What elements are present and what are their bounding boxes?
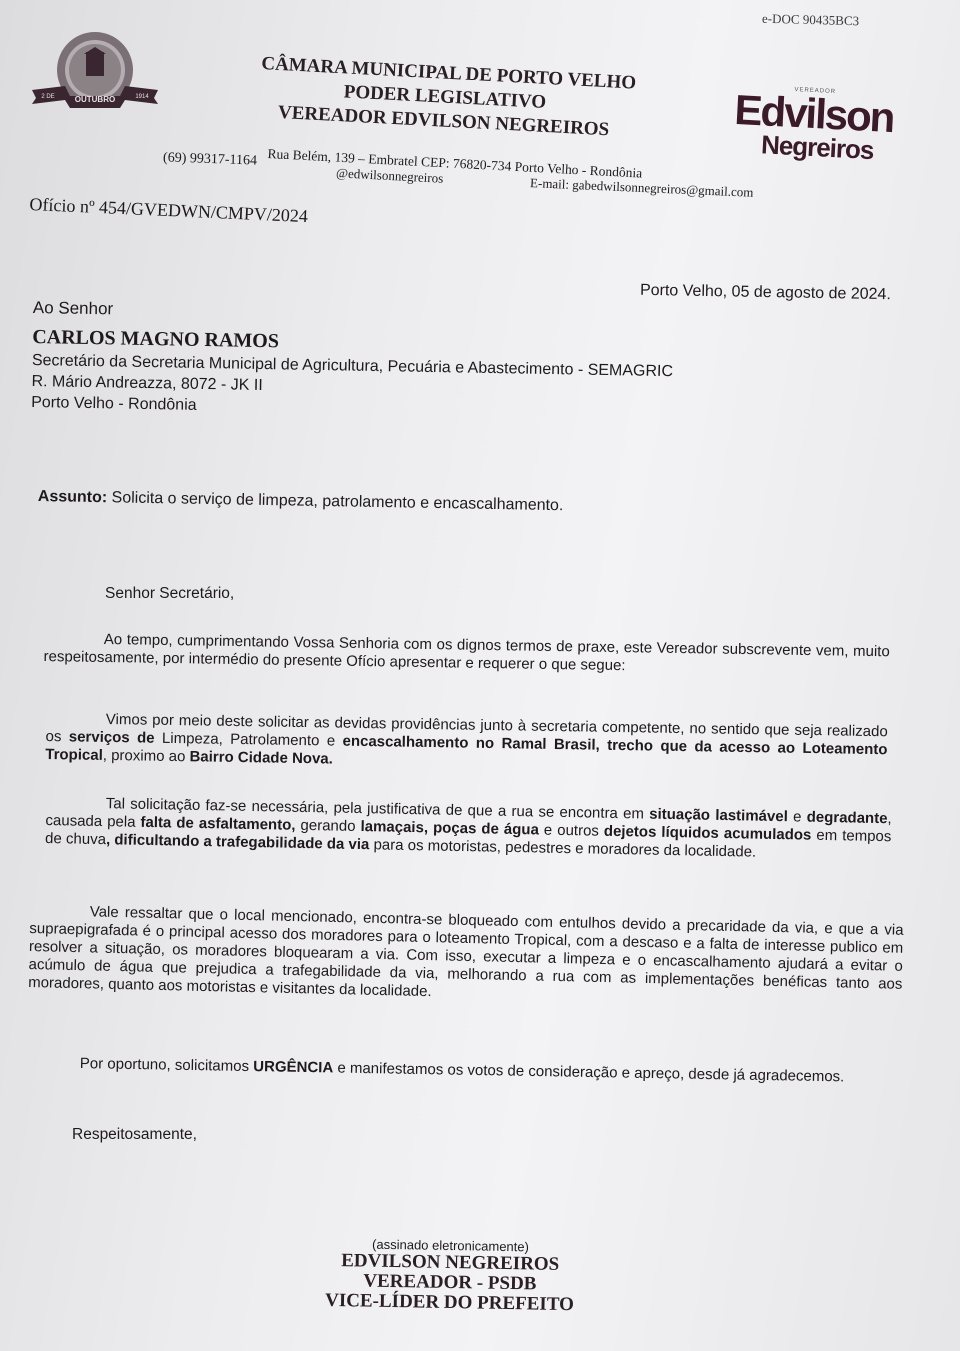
p3-bold: lamaçais, poças de água — [360, 818, 539, 838]
p5-bold: URGÊNCIA — [253, 1058, 333, 1076]
letterhead-title: CÂMARA MUNICIPAL DE PORTO VELHO PODER LE… — [258, 52, 631, 143]
paragraph-4-text: Vale ressaltar que o local mencionado, e… — [28, 903, 904, 1000]
oficio-number: Ofício nº 454/GVEDWN/CMPV/2024 — [29, 194, 308, 227]
salutation: Senhor Secretário, — [105, 585, 234, 603]
subject-text: Solicita o serviço de limpeza, patrolame… — [111, 489, 563, 514]
svg-text:2 DE: 2 DE — [41, 94, 54, 100]
seal-icon: OUTUBRO 2 DE 1914 — [32, 32, 158, 108]
paragraph-1: Ao tempo, cumprimentando Vossa Senhoria … — [43, 630, 889, 679]
paragraph-5: Por oportuno, solicitamos URGÊNCIA e man… — [20, 1054, 914, 1088]
subject-line: Assunto: Solicita o serviço de limpeza, … — [38, 488, 564, 515]
letter-date: Porto Velho, 05 de agosto de 2024. — [640, 282, 891, 304]
councilman-brand-logo: VEREADOR Edvilson Negreiros — [724, 83, 903, 164]
edoc-code: e-DOC 90435BC3 — [762, 11, 860, 30]
p2-bold: serviços de — [69, 728, 155, 746]
recipient-greeting: Ao Senhor — [33, 298, 674, 329]
p5-text: e manifestamos os votos de consideração … — [333, 1059, 844, 1085]
svg-text:1914: 1914 — [135, 94, 149, 100]
p3-text: e — [788, 808, 807, 825]
contact-phone: (69) 99317-1164 — [163, 150, 257, 169]
p3-bold: , dificultando a trafegabilidade da via — [106, 831, 370, 853]
recipient-block: Ao Senhor CARLOS MAGNO RAMOS Secretário … — [31, 298, 674, 423]
paragraph-4: Vale ressaltar que o local mencionado, e… — [28, 902, 904, 1012]
chamber-seal-logo: OUTUBRO 2 DE 1914 — [30, 28, 160, 120]
paragraph-1-text: Ao tempo, cumprimentando Vossa Senhoria … — [43, 631, 889, 674]
p2-text: , proximo ao — [103, 747, 190, 765]
p3-text: gerando — [295, 817, 360, 835]
closing: Respeitosamente, — [72, 1126, 197, 1144]
paragraph-3: Tal solicitação faz-se necessária, pela … — [45, 794, 892, 864]
contact-address: Rua Belém, 139 – Embratel CEP: 76820-734… — [267, 146, 642, 182]
signature-position: VICE-LÍDER DO PREFEITO — [299, 1290, 599, 1315]
paragraph-2: Vimos por meio deste solicitar as devida… — [45, 710, 888, 777]
subject-label: Assunto: — [38, 488, 108, 506]
p2-text: Limpeza, Patrolamento e — [154, 730, 342, 750]
svg-text:OUTUBRO: OUTUBRO — [75, 95, 115, 104]
p5-text: Por oportuno, solicitamos — [80, 1055, 254, 1075]
p3-bold: situação lastimável — [649, 806, 788, 826]
p3-bold: falta de asfaltamento, — [140, 814, 295, 834]
p3-bold: degradante — [807, 809, 888, 828]
p2-bold: Bairro Cidade Nova. — [189, 748, 333, 767]
signature-block: (assinado eletronicamente) EDVILSON NEGR… — [299, 1235, 600, 1315]
p3-text: e outros — [539, 821, 604, 839]
